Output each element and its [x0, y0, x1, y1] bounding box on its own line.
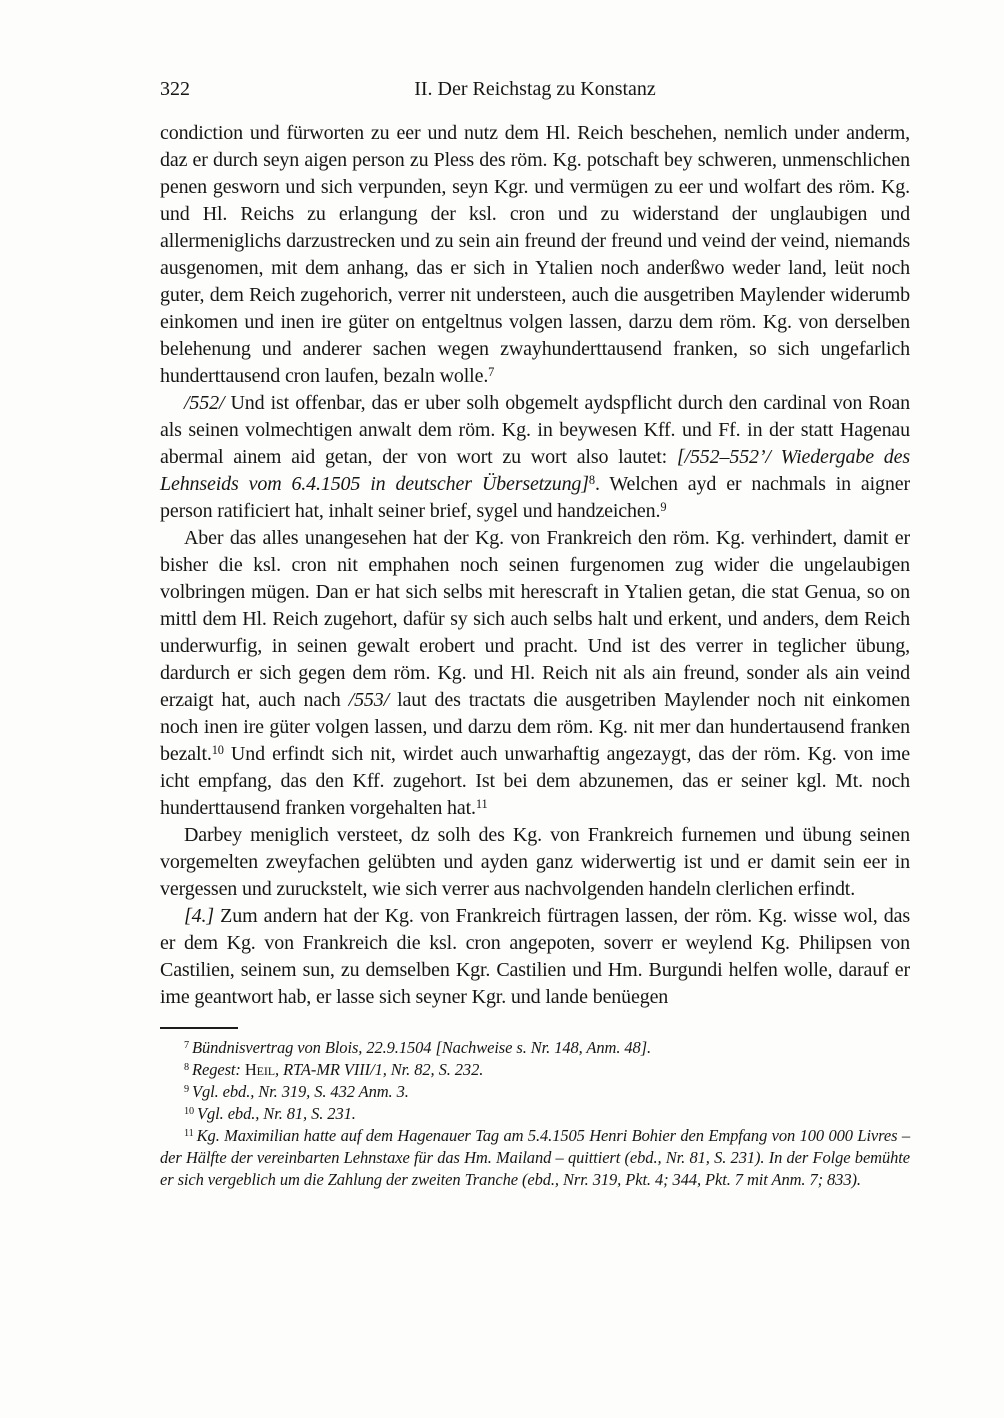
running-title: II. Der Reichstag zu Konstanz — [160, 78, 910, 101]
text-run: /552/ — [184, 392, 224, 414]
footnote: 11Kg. Maximilian hatte auf dem Hagenauer… — [160, 1125, 910, 1191]
paragraph: [4.] Zum andern hat der Kg. von Frankrei… — [160, 903, 910, 1011]
text-run: condiction und fürworten zu eer und nutz… — [160, 122, 910, 387]
text-run: Aber das alles unangesehen hat der Kg. v… — [160, 527, 910, 711]
text-run: /553/ — [349, 689, 389, 711]
paragraph: Aber das alles unangesehen hat der Kg. v… — [160, 525, 910, 822]
footnote-number: 7 — [184, 1040, 189, 1051]
footnote-ref: 10 — [212, 743, 224, 757]
text-run: Vgl. ebd., Nr. 319, S. 432 Anm. 3. — [192, 1082, 409, 1101]
footnote-ref: 9 — [660, 500, 666, 514]
footnote: 8Regest: Heil, RTA-MR VIII/1, Nr. 82, S.… — [160, 1059, 910, 1081]
footnotes: 7Bündnisvertrag von Blois, 22.9.1504 [Na… — [160, 1037, 910, 1191]
paragraph: /552/ Und ist offenbar, das er uber solh… — [160, 390, 910, 525]
footnote: 7Bündnisvertrag von Blois, 22.9.1504 [Na… — [160, 1037, 910, 1059]
text-run: Vgl. ebd., Nr. 81, S. 231. — [197, 1104, 356, 1123]
paragraph: condiction und fürworten zu eer und nutz… — [160, 120, 910, 390]
footnote-number: 11 — [184, 1128, 194, 1139]
text-run: Darbey meniglich versteet, dz solh des K… — [160, 824, 910, 900]
text-run: , RTA-MR VIII/1, Nr. 82, S. 232. — [275, 1060, 483, 1079]
paragraph: Darbey meniglich versteet, dz solh des K… — [160, 822, 910, 903]
body-text: condiction und fürworten zu eer und nutz… — [160, 120, 910, 1011]
footnote-number: 8 — [184, 1062, 189, 1073]
footnote-ref: 7 — [488, 365, 494, 379]
text-run: Und erfindt sich nit, wirdet auch unwarh… — [160, 743, 910, 819]
text-run: [4.] — [184, 905, 214, 927]
footnote-ref: 8 — [589, 473, 595, 487]
text-run: Regest: — [192, 1060, 245, 1079]
text-run: Zum andern hat der Kg. von Frankreich fü… — [160, 905, 910, 1008]
footnote-ref: 11 — [476, 797, 488, 811]
book-page: 322 II. Der Reichstag zu Konstanz condic… — [0, 0, 1004, 1418]
text-run: Kg. Maximilian hatte auf dem Hagenauer T… — [160, 1126, 910, 1189]
footnote: 9Vgl. ebd., Nr. 319, S. 432 Anm. 3. — [160, 1081, 910, 1103]
page-number: 322 — [160, 78, 190, 101]
running-head: 322 II. Der Reichstag zu Konstanz — [160, 78, 910, 106]
text-run: Bündnisvertrag von Blois, 22.9.1504 [Nac… — [192, 1038, 651, 1057]
footnote: 10Vgl. ebd., Nr. 81, S. 231. — [160, 1103, 910, 1125]
text-run: Heil — [245, 1060, 275, 1079]
footnote-number: 9 — [184, 1084, 189, 1095]
footnote-separator — [160, 1027, 238, 1029]
footnote-number: 10 — [184, 1106, 194, 1117]
